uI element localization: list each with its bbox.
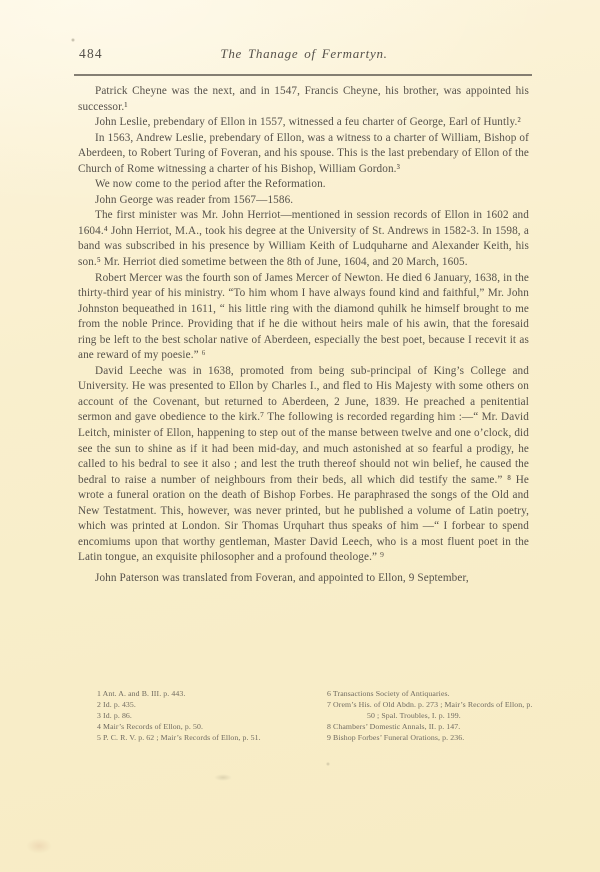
- footnote: 8 Chambers’ Domestic Annals, II. p. 147.: [327, 722, 539, 733]
- footnote: 7 Orem’s His. of Old Abdn. p. 273 ; Mair…: [327, 700, 539, 722]
- footnote: 4 Mair’s Records of Ellon, p. 50.: [97, 722, 321, 733]
- footnote: 5 P. C. R. V. p. 62 ; Mair’s Records of …: [97, 733, 321, 744]
- book-page: 484 The Thanage of Fermartyn. Patrick Ch…: [0, 0, 600, 872]
- footnote: 6 Transactions Society of Antiquaries.: [327, 689, 539, 700]
- footnote: 1 Ant. A. and B. III. p. 443.: [97, 689, 321, 700]
- paragraph: We now come to the period after the Refo…: [78, 177, 529, 193]
- paper-stain: [214, 774, 232, 781]
- footnote: 2 Id. p. 435.: [97, 700, 321, 711]
- paragraph: Robert Mercer was the fourth son of Jame…: [78, 271, 529, 364]
- ink-speck: [326, 762, 330, 766]
- footnote: 9 Bishop Forbes’ Funeral Orations, p. 23…: [327, 733, 539, 744]
- running-title: The Thanage of Fermartyn.: [78, 46, 530, 62]
- paragraph: The first minister was Mr. John Herriot—…: [78, 208, 529, 270]
- paragraph: John Leslie, prebendary of Ellon in 1557…: [78, 115, 529, 131]
- footnotes: 1 Ant. A. and B. III. p. 443.2 Id. p. 43…: [97, 689, 539, 744]
- body-text: Patrick Cheyne was the next, and in 1547…: [78, 84, 529, 587]
- paper-stain: [26, 838, 52, 854]
- header-rule: [74, 74, 532, 76]
- ink-speck: [71, 38, 75, 42]
- footnotes-left-column: 1 Ant. A. and B. III. p. 443.2 Id. p. 43…: [97, 689, 321, 744]
- paragraph: In 1563, Andrew Leslie, prebendary of El…: [78, 131, 529, 178]
- paragraph: John Paterson was translated from Fovera…: [78, 571, 529, 587]
- footnote: 3 Id. p. 86.: [97, 711, 321, 722]
- paragraph: David Leeche was in 1638, promoted from …: [78, 364, 529, 566]
- paragraph: John George was reader from 1567—1586.: [78, 193, 529, 209]
- paragraph: Patrick Cheyne was the next, and in 1547…: [78, 84, 529, 115]
- footnotes-right-column: 6 Transactions Society of Antiquaries.7 …: [327, 689, 539, 744]
